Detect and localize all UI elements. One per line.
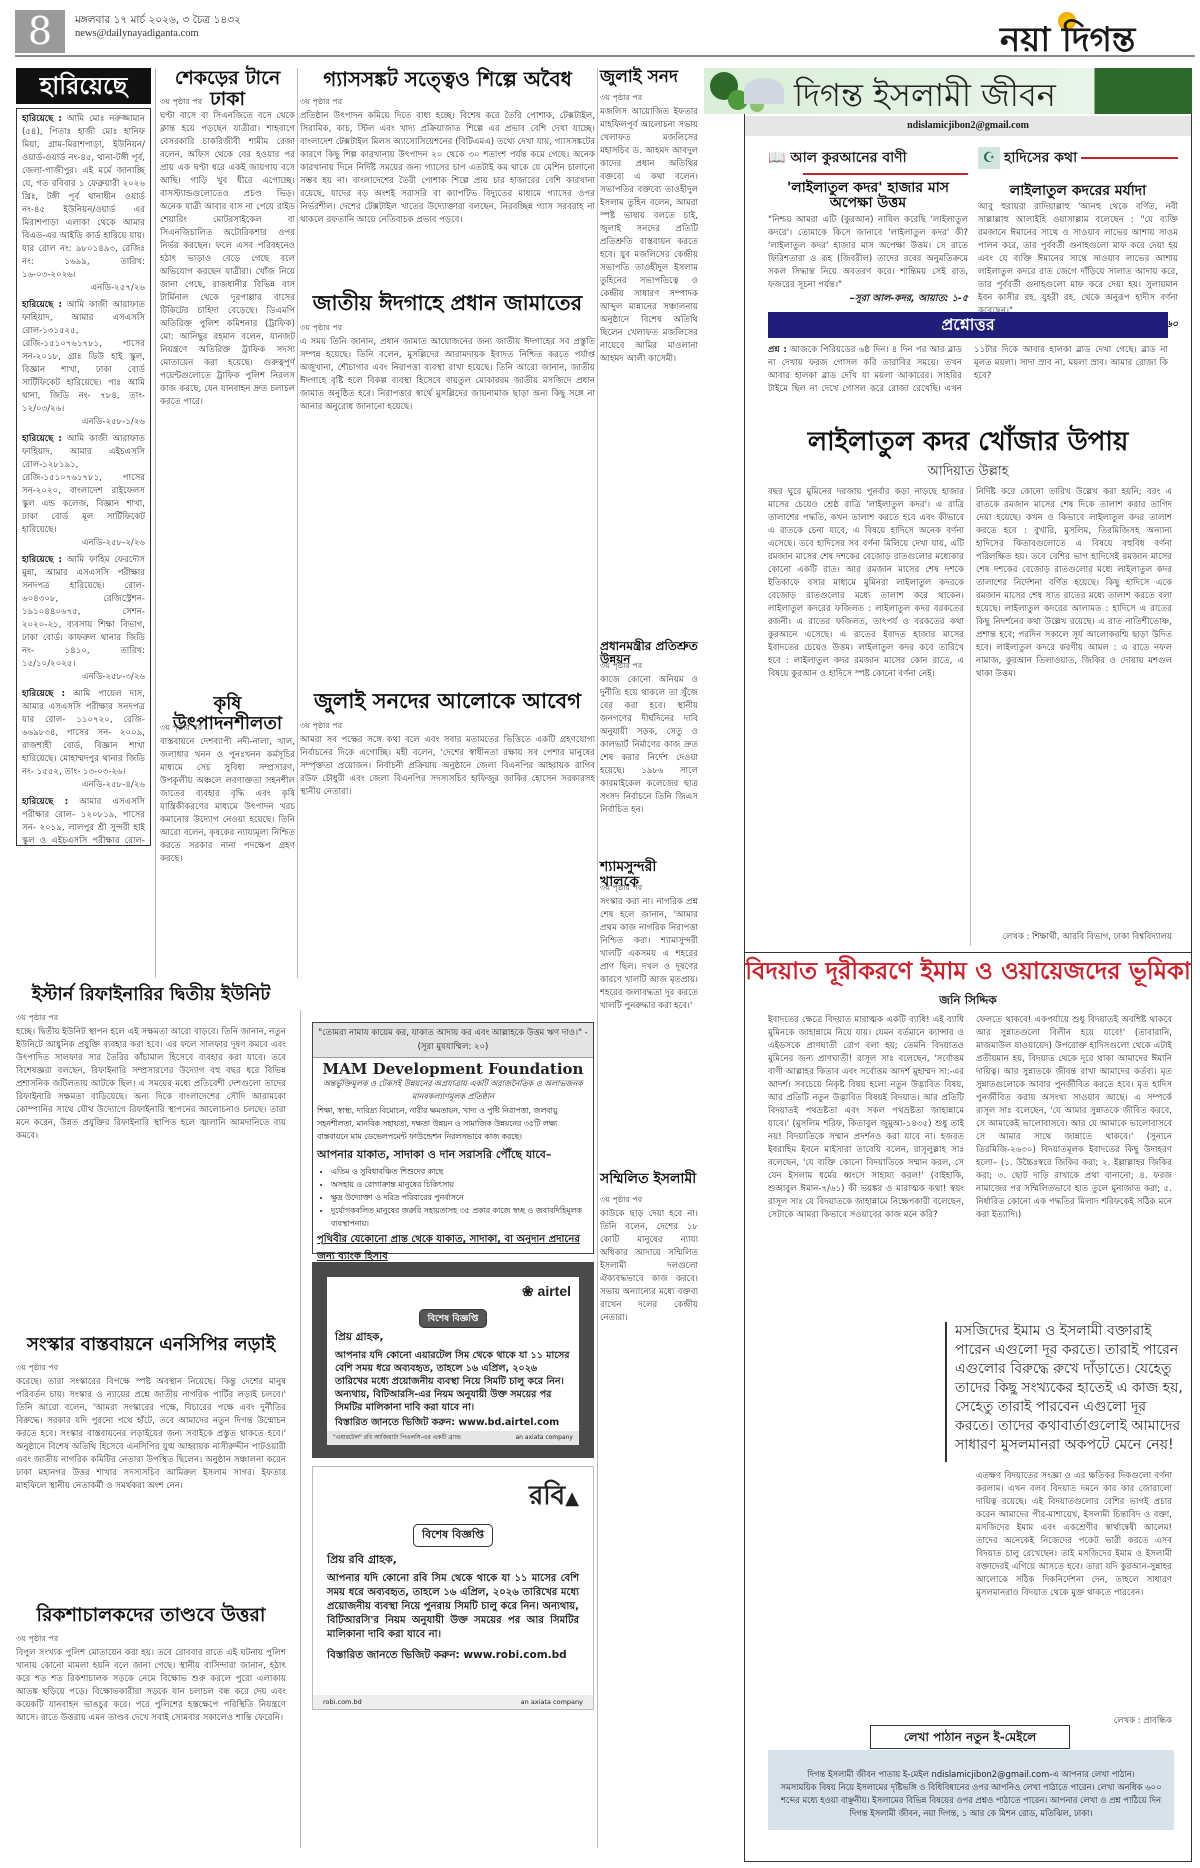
quran-citation: –সূরা আল-কদর, আয়াত: ১-৫: [768, 292, 968, 307]
airtel-ad-card: ❀ airtel বিশেষ বিজ্ঞপ্তি প্রিয় গ্রাহক, …: [327, 1277, 579, 1445]
quran-section: 📖 আল কুরআনের বাণী 'লাইলাতুল কদর' হাজার ম…: [768, 146, 968, 307]
ad-bullet: দুর্যোগকবলিত মানুষের জরুরি সহায়তাসহ ৩৫ …: [331, 1205, 593, 1231]
article-rickshaw: ৩য় পৃষ্ঠার পর বিপুল সংখ্যক পুলিশ মোতায়…: [16, 1633, 286, 1847]
lost-notice: হারিয়েছে : আমি কাজী আরাফাত ফাহিয়াদ, আম…: [22, 299, 145, 429]
airtel-notice-badge: বিশেষ বিজ্ঞপ্তি: [419, 1309, 488, 1328]
continued-label: ৩য় পৃষ্ঠার পর: [300, 322, 595, 335]
airtel-swirl-icon: ❀: [522, 1283, 538, 1299]
continued-label: ৩য় পৃষ্ঠার পর: [600, 92, 698, 105]
headline-july-hope[interactable]: জুলাই সনদের আলোকে আবেগ: [300, 690, 595, 713]
ad-org-name: MAM Development Foundation: [313, 1060, 593, 1078]
article-laylatul-qadr-col2: নির্দিষ্ট করে কোনো তারিখ উল্লেখ করা হয়ন…: [976, 486, 1172, 926]
article-july: ৩য় পৃষ্ঠার পর মজলিস আয়োজিত ইফতার মাহফি…: [600, 92, 698, 626]
notice-code: এনডি-২৫৮-৩/২৬: [22, 671, 145, 684]
write-to-us-text: দিগন্ত ইসলামী জীবন পাতায় ই-মেইল ndislam…: [768, 1750, 1174, 1820]
notice-text: আমি কাজী আরাফাত ফাহিয়াদ, আমার এইচএসসি র…: [22, 434, 145, 535]
newsroom-email[interactable]: news@dailynayadiganta.com: [75, 28, 199, 39]
headline-rickshaw[interactable]: রিকশাচালকদের তাণ্ডবে উত্তরা: [16, 1605, 286, 1626]
red-rule: [803, 173, 968, 175]
airtel-footer: "এয়ারটেল" রবি আজিয়াটা পিএলসি-এর একটি ব…: [327, 1431, 579, 1445]
continued-label: ৩য় পৃষ্ঠার পর: [16, 1012, 286, 1025]
robi-ad: রবি▲ বিশেষ বিজ্ঞপ্তি প্রিয় রবি গ্রাহক, …: [312, 1466, 594, 1710]
continued-label: ৩য় পৃষ্ঠার পর: [600, 660, 698, 673]
lost-notice: হারিয়েছে : আমি কাজী আরাফাত ফাহিয়াদ, আম…: [22, 433, 145, 550]
write-to-us-line1: দিগন্ত ইসলামী জীবন পাতায় ই-মেইল ndislam…: [778, 1768, 1164, 1781]
column-divider: [155, 68, 156, 978]
notice-label: হারিয়েছে :: [22, 434, 62, 444]
lost-notice: হারিয়েছে : আমি মোঃ নরুজ্জামান (৫৪), পিত…: [22, 113, 145, 295]
notice-code: এনডি-২৫৮-১/২৬: [22, 416, 145, 429]
notice-code: এনডি-২৫৭/২৬: [22, 282, 145, 295]
pull-quote: মসজিদের ইমাম ও ইসলামী বক্তারাই পারেন এগু…: [945, 1322, 1185, 1462]
article-body: কাজে কোনো অনিয়ম ও দুর্নীতি হয়ে থাকলে ত…: [600, 674, 698, 864]
airtel-logo: ❀ airtel: [327, 1277, 579, 1300]
notice-code: এনডি-২৫৮-২/২৬: [22, 537, 145, 550]
headline-eidgah[interactable]: জাতীয় ঈদগাহে প্রধান জামাতের: [300, 292, 595, 315]
headline-reform[interactable]: সংস্কার বাস্তবায়নে এনসিপির লড়াই: [16, 1335, 286, 1355]
ad-bullet: ক্ষুদ্র উদ্যোক্তা ও দরিদ্র পরিবারের পুনর…: [331, 1192, 593, 1205]
article-body: বিপুল সংখ্যক পুলিশ মোতায়েন করা হয়। তবে…: [16, 1647, 286, 1847]
qa-content: প্রশ্ন : আজকে পিরিয়ডের ৬ষ্ঠ দিন। ৪ দিন …: [768, 344, 1168, 406]
article-body: করেছে। তারা সংস্কারের বিপক্ষে স্পষ্ট অবস…: [16, 1376, 286, 1606]
article-body: প্রতিষ্ঠান উৎপাদন কমিয়ে দিতে বাধ্য হচ্ছ…: [300, 110, 595, 295]
crescent-mosque-icon: ☪: [978, 147, 1000, 169]
article-laylatul-qadr-col1: বছর ঘুরে মুমিনের দরজায় পুনর্বার কড়া না…: [768, 486, 964, 946]
article-refinery: ৩য় পৃষ্ঠার পর হচ্ছে। দ্বিতীয় ইউনিট স্থ…: [16, 1012, 286, 1336]
robi-footer: robi.com.bdan axiata company: [313, 1695, 593, 1709]
page-number: 8: [15, 10, 65, 53]
article-bidat-author: জনি সিদ্দিক: [745, 992, 1191, 1012]
continued-label: ৩য় পৃষ্ঠার পর: [16, 1633, 286, 1646]
lost-section-title: হারিয়েছে: [16, 68, 151, 104]
headline-sammilito[interactable]: সম্মিলিত ইসলামী: [600, 1172, 700, 1187]
airtel-footer-left: "এয়ারটেল" রবি আজিয়াটা পিএলসি-এর একটি ব…: [333, 1431, 461, 1445]
article-pm: ৩য় পৃষ্ঠার পর কাজে কোনো অনিয়ম ও দুর্নী…: [600, 660, 698, 864]
quran-book-icon: 📖: [768, 150, 785, 166]
article-bidat-col3: এতক্ষণ বিদয়াতের সংজ্ঞা ও এর ক্ষতিকর দিক…: [976, 1470, 1172, 1715]
ad-tagline: অন্তর্ভুক্তিমূলক ও টেকসই উন্নয়নের অগ্রয…: [313, 1078, 593, 1104]
continued-label: ৩য় পৃষ্ঠার পর: [160, 722, 295, 735]
notice-text: আমি ফাহিম ফেরদৌস মুন্না, আমার এসএসসি পরী…: [22, 555, 145, 669]
robi-brand: রবি: [529, 1481, 565, 1511]
mosque-icon: [744, 78, 784, 104]
airtel-footer-right: an axiata company: [515, 1431, 573, 1445]
article-body: বাস্তবায়নে দেশব্যাপী নদী-নালা, খাল, জলা…: [160, 736, 295, 866]
red-rule: [1081, 157, 1178, 159]
robi-website-link[interactable]: বিস্তারিত জানতে ভিজিট করুন: www.robi.com…: [313, 1644, 593, 1669]
question-label: প্রশ্ন :: [768, 345, 787, 355]
headline-gas[interactable]: গ্যাসসঙ্কট সত্ত্বেও শিল্পে অবৈধ: [300, 68, 595, 90]
airtel-greeting: প্রিয় গ্রাহক,: [327, 1328, 579, 1349]
lost-notice: হারিয়েছে : আমার এসএসসি পরীক্ষার রোল- ১২…: [22, 796, 145, 846]
hadith-title[interactable]: লাইলাতুল কদরের মর্যাদা: [978, 184, 1178, 199]
notice-label: হারিয়েছে :: [22, 555, 62, 565]
continued-label: ৩য় পৃষ্ঠার পর: [160, 96, 295, 109]
article-dhaka: ৩য় পৃষ্ঠার পর ঘণ্টা বাসে বা সিএনজিতে বস…: [160, 96, 295, 670]
article-eidgah: ৩য় পৃষ্ঠার পর এ সময় তিনি জানান, প্রধান…: [300, 322, 595, 646]
notice-label: হারিয়েছে :: [22, 114, 62, 124]
airtel-ad: ❀ airtel বিশেষ বিজ্ঞপ্তি প্রিয় গ্রাহক, …: [312, 1262, 594, 1458]
notice-label: হারিয়েছে :: [22, 797, 68, 807]
notice-text: আমি কাজী আরাফাত ফাহিয়াদ, আমার এসএসসি রো…: [22, 300, 145, 414]
article-laylatul-qadr-author: আদিয়াত উল্লাহ: [745, 462, 1191, 483]
headline-july[interactable]: জুলাই সনদ: [600, 68, 700, 87]
article-reform: ৩য় পৃষ্ঠার পর করেছে। তারা সংস্কারের বিপ…: [16, 1362, 286, 1606]
article-sammilito: ৩য় পৃষ্ঠার পর কাউকে ছাড় দেয়া হবে না। …: [600, 1194, 698, 1848]
article-laylatul-qadr-author-note: লেখক : শিক্ষার্থী, আরবি বিভাগ, ঢাকা বিশ্…: [976, 930, 1172, 944]
continued-label: ৩য় পৃষ্ঠার পর: [600, 1194, 698, 1207]
hadith-section-heading: ☪হাদিসের কথা: [978, 146, 1178, 170]
article-body: এ সময় তিনি জানান, প্রধান জামাত আয়োজনের…: [300, 336, 595, 646]
newspaper-logo: নয়া দিগন্ত: [1000, 14, 1135, 71]
ad-bullet: এতিম ও সুবিধাবঞ্চিত শিশুদের কাছে: [331, 1166, 593, 1179]
article-july-hope: ৩য় পৃষ্ঠার পর আমরা সব পক্ষের সঙ্গে কথা …: [300, 720, 595, 1019]
lost-notices-box: হারিয়েছে : আমি মোঃ নরুজ্জামান (৫৪), পিত…: [16, 108, 151, 846]
continued-label: ৩য় পৃষ্ঠার পর: [600, 882, 698, 895]
article-laylatul-qadr-title[interactable]: লাইলাতুল কদর খোঁজার উপায়: [745, 428, 1191, 457]
article-bidat-col1: ইবাদতের ক্ষেত্রে বিদয়াত মারাত্মক একটি ব…: [768, 1014, 964, 1734]
robi-triangles-icon: ▲: [565, 1488, 579, 1509]
article-body: মজলিস আয়োজিত ইফতার মাহফিলপূর্ব আলোচনা স…: [600, 106, 698, 626]
notice-label: হারিয়েছে :: [22, 689, 65, 699]
article-bidat-col2: ফেলতে থাকবে! একপর্যায়ে শুধু বিদয়াতই অব…: [976, 1014, 1172, 1314]
notice-code: এনডি-২৫৮-৪/২৬: [22, 779, 145, 792]
robi-greeting: প্রিয় রবি গ্রাহক,: [313, 1547, 593, 1570]
header-divider: [15, 55, 1195, 57]
notice-text: আমি পায়েল দাস, আমার এসএসসি পরীক্ষার সনদ…: [22, 689, 145, 777]
continued-label: ৩য় পৃষ্ঠার পর: [300, 720, 595, 733]
column-divider: [970, 486, 971, 946]
article-body: আমরা সব পক্ষের সঙ্গে কথা বলে এবং সবার মত…: [300, 734, 595, 1019]
ad-quote: "তোমরা নামায কায়েম কর, যাকাত আদায় কর এ…: [313, 1023, 593, 1058]
article-bidat-title[interactable]: বিদয়াত দূরীকরণে ইমাম ও ওয়ায়েজদের ভূমি…: [745, 958, 1191, 984]
continued-label: ৩য় পৃষ্ঠার পর: [16, 1362, 286, 1375]
mam-foundation-ad: "তোমরা নামায কায়েম কর, যাকাত আদায় কর এ…: [312, 1022, 594, 1254]
article-body: সংস্কার করা না। নাগরিক প্রশ্ন শেষ হলে জা…: [600, 896, 698, 1176]
robi-logo: রবি▲: [313, 1467, 593, 1519]
quran-section-label: আল কুরআনের বাণী: [790, 150, 906, 166]
article-gas: ৩য় পৃষ্ঠার পর প্রতিষ্ঠান উৎপাদন কমিয়ে …: [300, 96, 595, 295]
article-khal: ৩য় পৃষ্ঠার পর সংস্কার করা না। নাগরিক প্…: [600, 882, 698, 1176]
article-body: হচ্ছে। দ্বিতীয় ইউনিট স্থাপন হলে এই সক্ষ…: [16, 1026, 286, 1336]
quran-body: "নিশ্চয় আমরা এটি (কুরআন) নাযিল করেছি 'ল…: [768, 214, 968, 292]
islamic-life-email[interactable]: ndislamicjibon2@gmail.com: [745, 116, 1191, 136]
airtel-brand: airtel: [538, 1283, 571, 1299]
qa-title-bar: প্রশ্নোত্তর: [768, 312, 1168, 338]
islamic-life-banner: দিগন্ত ইসলামী জীবন: [704, 68, 1192, 114]
notice-text: আমি মোঃ নরুজ্জামান (৫৪), পিতাঃ হাজী মোঃ …: [22, 114, 145, 280]
continued-label: ৩য় পৃষ্ঠার পর: [300, 96, 595, 109]
column-divider: [300, 1010, 301, 1848]
airtel-body: আপনার যদি কোনো এয়ারটেল সিম থেকে থাকে যা…: [327, 1349, 579, 1414]
ad-heading: আপনার যাকাত, সাদাকা ও দান সরাসরি পৌঁছে য…: [313, 1145, 593, 1166]
column-divider: [597, 68, 598, 1848]
headline-refinery[interactable]: ইস্টার্ন রিফাইনারির দ্বিতীয় ইউনিট: [16, 985, 286, 1005]
article-body: ঘণ্টা বাসে বা সিএনজিতে বসে থেকে ক্লান্ত …: [160, 110, 295, 670]
quran-section-heading: 📖 আল কুরআনের বাণী: [768, 146, 968, 170]
hadith-body: আবু হুরায়রা রাদিয়াল্লাহু 'আনহু থেকে বর…: [978, 201, 1178, 318]
lost-notice: হারিয়েছে : আমি পায়েল দাস, আমার এসএসসি …: [22, 688, 145, 792]
robi-footer-right: an axiata company: [521, 1695, 583, 1709]
write-to-us-box: দিগন্ত ইসলামী জীবন পাতায় ই-মেইল ndislam…: [768, 1750, 1174, 1830]
quran-title[interactable]: 'লাইলাতুল কদর' হাজার মাস অপেক্ষা উত্তম: [768, 181, 968, 212]
article-body: কাউকে ছাড় দেয়া হবে না। তিনি বলেন, দেশে…: [600, 1208, 698, 1848]
question-text: আজকে পিরিয়ডের ৬ষ্ঠ দিন। ৪ দিন পর আর ব্ল…: [768, 345, 1168, 394]
write-to-us-title: লেখা পাঠান নতুন ই-মেইলে: [870, 1725, 1070, 1749]
ad-bullet: অসহায় ও রোগাক্রান্ত মানুষের চিকিৎসায়: [331, 1179, 593, 1192]
robi-footer-left: robi.com.bd: [323, 1695, 362, 1709]
hadith-section-label: হাদিসের কথা: [1004, 146, 1077, 170]
robi-notice-badge: বিশেষ বিজ্ঞপ্তি: [413, 1524, 493, 1547]
robi-body: আপনার যদি কোনো রবি সিম থেকে থাকে যা ১১ ম…: [313, 1570, 593, 1644]
logo-text: নয়া দিগন্ত: [1000, 20, 1135, 60]
write-to-us-line2: সমসাময়িক বিষয় নিয়ে ইসলামের দৃষ্টিভঙ্গ…: [778, 1781, 1164, 1820]
section-divider: [745, 952, 1191, 953]
ad-description: শিক্ষা, স্বাস্থ্য, দারিদ্র্য বিমোচন, নার…: [313, 1104, 593, 1145]
column-divider: [297, 68, 298, 978]
notice-label: হারিয়েছে :: [22, 300, 62, 310]
hadith-section: ☪হাদিসের কথা লাইলাতুল কদরের মর্যাদা আবু …: [978, 146, 1178, 333]
ad-bullets: এতিম ও সুবিধাবঞ্চিত শিশুদের কাছে অসহায় …: [313, 1166, 593, 1231]
lost-notice: হারিয়েছে : আমি ফাহিম ফেরদৌস মুন্না, আমা…: [22, 554, 145, 684]
article-krishi: ৩য় পৃষ্ঠার পর বাস্তবায়নে দেশব্যাপী নদী…: [160, 722, 295, 866]
